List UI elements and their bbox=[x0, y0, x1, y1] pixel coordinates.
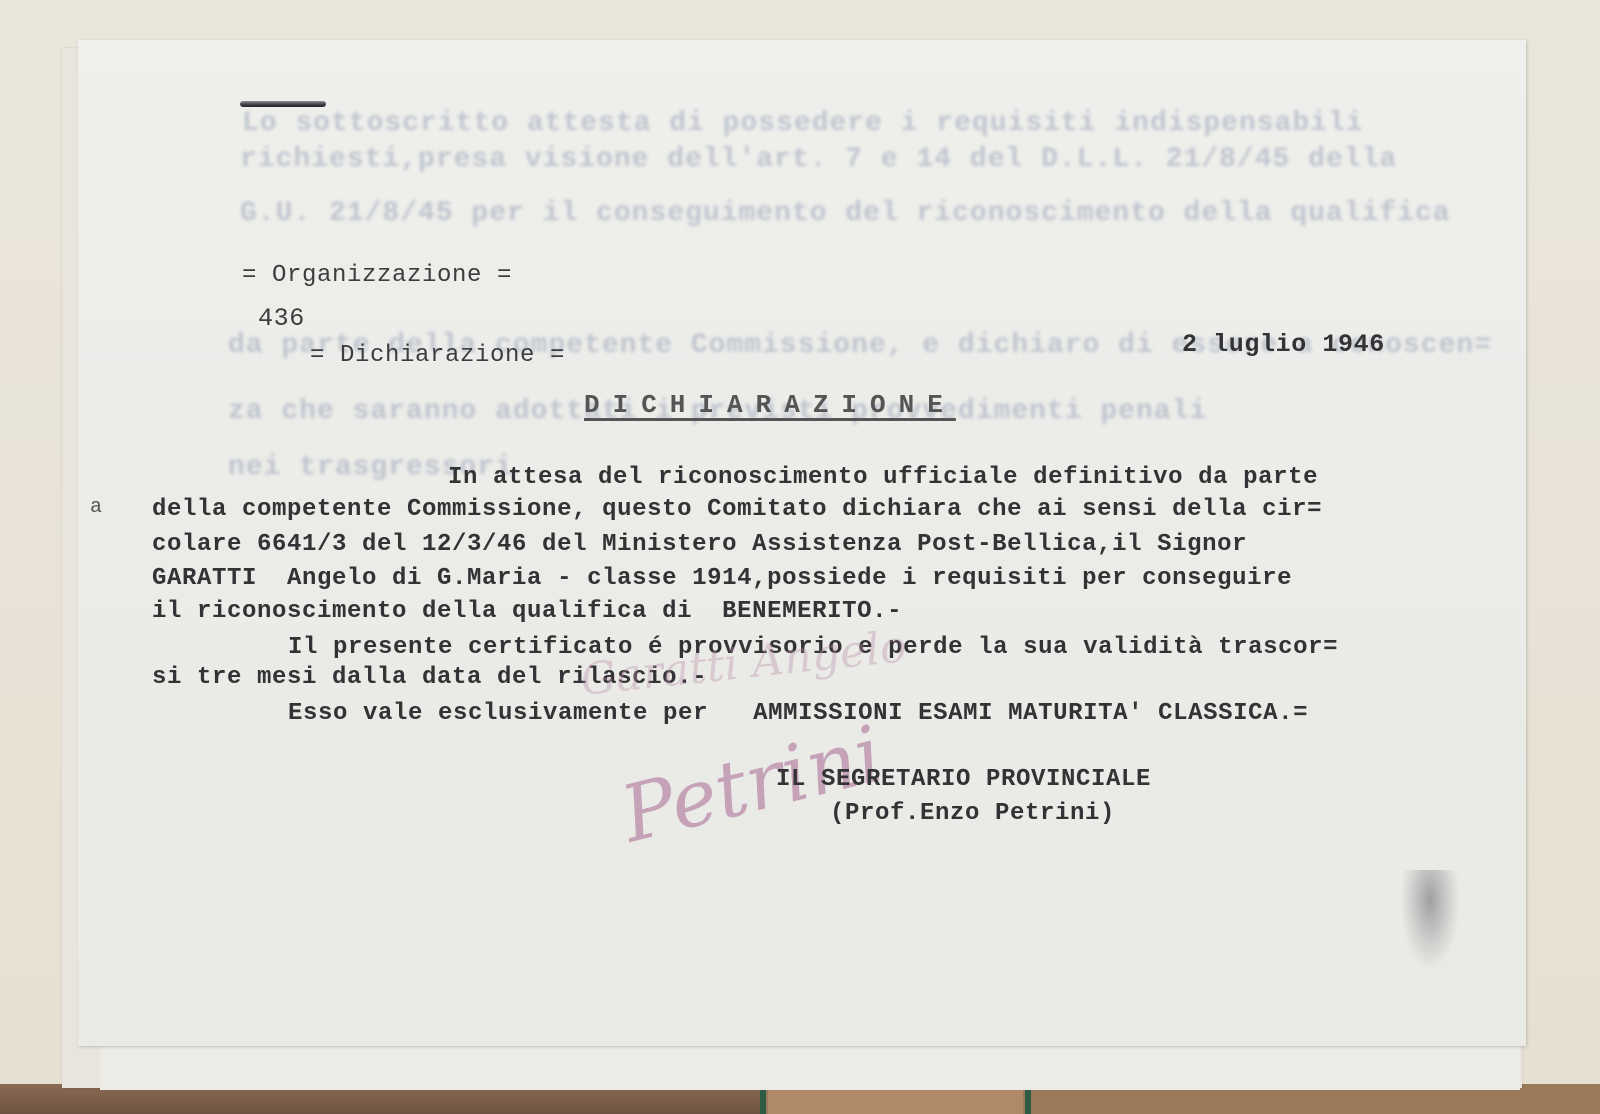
margin-mark: a bbox=[90, 496, 102, 519]
body-line: Esso vale esclusivamente per AMMISSIONI … bbox=[288, 700, 1308, 727]
show-through-text: Lo sottoscritto attesta di possedere i r… bbox=[242, 108, 1364, 139]
show-through-text: G.U. 21/8/45 per il conseguimento del ri… bbox=[240, 198, 1451, 229]
signatory-role: IL SEGRETARIO PROVINCIALE bbox=[776, 766, 1151, 793]
document-title: DICHIARAZIONE bbox=[584, 390, 956, 420]
organization-label: = Organizzazione = bbox=[242, 262, 512, 289]
protocol-number: 436 bbox=[258, 304, 305, 333]
staple bbox=[240, 101, 326, 107]
ink-smudge bbox=[1400, 870, 1460, 970]
section-label: = Dichiarazione = bbox=[310, 342, 565, 369]
document-date: 2 luglio 1946 bbox=[1182, 330, 1385, 359]
body-line: In attesa del riconoscimento ufficiale d… bbox=[448, 464, 1318, 491]
body-line: colare 6641/3 del 12/3/46 del Ministero … bbox=[152, 531, 1247, 558]
signatory-name: (Prof.Enzo Petrini) bbox=[830, 800, 1115, 827]
show-through-text: richiesti,presa visione dell'art. 7 e 14… bbox=[240, 144, 1397, 175]
body-line: della competente Commissione, questo Com… bbox=[152, 496, 1322, 523]
body-line: GARATTI Angelo di G.Maria - classe 1914,… bbox=[152, 565, 1292, 592]
body-line: il riconoscimento della qualifica di BEN… bbox=[152, 598, 902, 625]
